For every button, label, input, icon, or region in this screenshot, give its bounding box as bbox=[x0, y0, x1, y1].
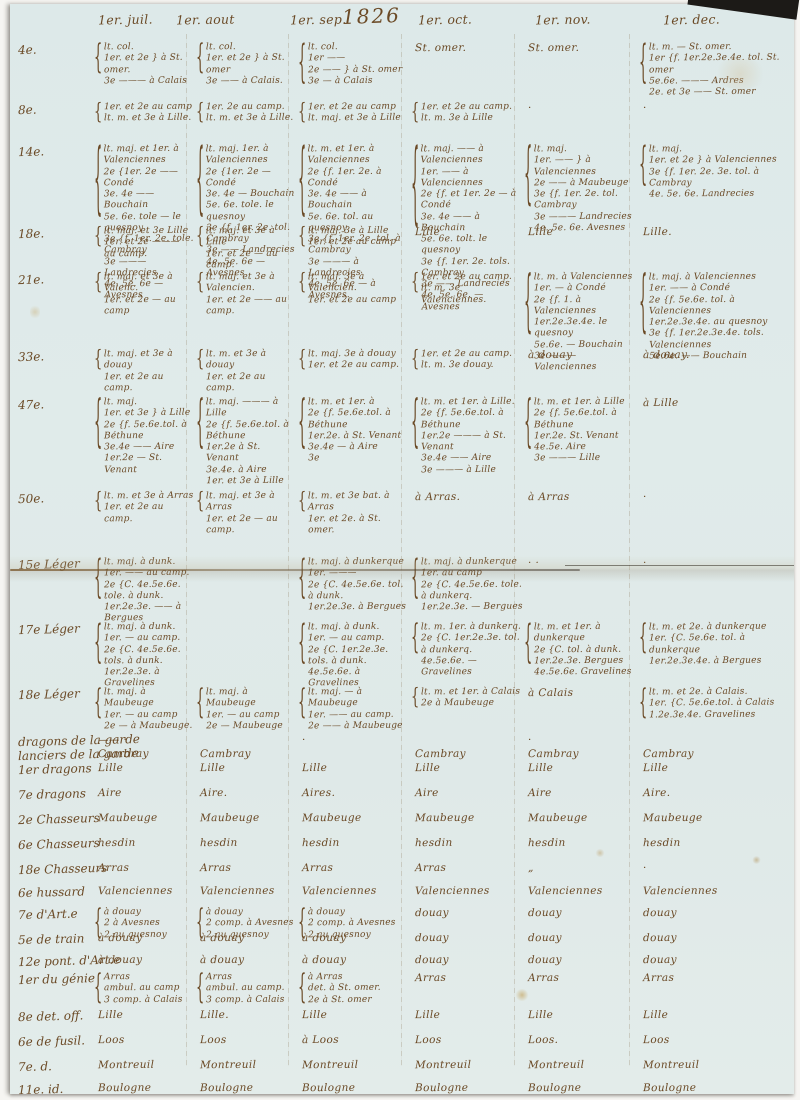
brace-glyph: { bbox=[639, 622, 647, 656]
garrison-cell-text: lt. maj. et 3e à Lille 1er. et 2e — au c… bbox=[206, 226, 296, 272]
brace-glyph: { bbox=[411, 272, 419, 294]
garrison-cell-text: lt. maj. et 3e Lille 1er. et 2e ——— au c… bbox=[104, 226, 194, 260]
garrison-cell: {lt. maj. à dunk. 1er. — au camp. 2e {C.… bbox=[94, 622, 194, 690]
brace-glyph: { bbox=[411, 102, 419, 124]
brace-glyph: { bbox=[94, 491, 102, 513]
garrison-cell-text: lt. maj. 1er. et 3e } à Lille 2e {f. 5e.… bbox=[104, 397, 194, 476]
garrison-cell: {Montreuil bbox=[639, 1059, 799, 1072]
garrison-cell: {Aire bbox=[411, 787, 523, 800]
garrison-cell: {Loos bbox=[639, 1034, 799, 1047]
garrison-cell: {Boulogne bbox=[411, 1082, 523, 1095]
garrison-cell: {Montreuil bbox=[298, 1059, 410, 1072]
garrison-cell: {Cambray bbox=[639, 748, 799, 761]
row-label: 47e. bbox=[18, 396, 104, 412]
garrison-cell: {1er. 2e au camp. lt. m. et 3e à Lille. bbox=[196, 102, 296, 125]
garrison-cell: {hesdin bbox=[94, 837, 194, 850]
garrison-cell-text: 1er. et 2e au camp. lt. m. 3e à Lille bbox=[421, 102, 512, 125]
garrison-cell-text: douay bbox=[528, 954, 562, 967]
garrison-cell: {hesdin bbox=[298, 837, 410, 850]
garrison-cell-text: St. omer. bbox=[415, 42, 466, 55]
garrison-cell-text: Maubeuge bbox=[302, 812, 362, 826]
garrison-cell-text: douay bbox=[528, 907, 562, 920]
garrison-cell: {Maubeuge bbox=[639, 812, 799, 825]
garrison-cell-text: à douay bbox=[200, 932, 244, 945]
column-rule bbox=[629, 34, 630, 1066]
brace-glyph: { bbox=[298, 272, 306, 294]
garrison-cell: {lt. maj. et 3e à Lille 1er. et 2e — au … bbox=[196, 226, 296, 271]
garrison-cell: {Lille bbox=[524, 1009, 638, 1022]
brace-glyph: { bbox=[298, 349, 306, 371]
brace-glyph: { bbox=[298, 622, 306, 667]
brace-glyph: { bbox=[524, 397, 532, 453]
garrison-cell-text: St. omer. bbox=[528, 42, 579, 55]
garrison-cell-text: 1er. et 2e au camp lt. maj. et 3e à Lill… bbox=[308, 102, 401, 125]
garrison-cell-text: Maubeuge bbox=[415, 812, 475, 826]
garrison-cell-text: lt. maj. 3e à Valencien. 1er. et 2e au c… bbox=[308, 272, 410, 306]
garrison-cell: {lt. maj. à Maubeuge 1er. — au camp 2e —… bbox=[94, 687, 194, 732]
garrison-cell: {lt. m. et 3e à Arras 1er. et 2e au camp… bbox=[94, 491, 194, 525]
brace-glyph: { bbox=[298, 491, 306, 513]
garrison-cell: {lt. maj. 1er. et 3e } à Lille 2e {f. 5e… bbox=[94, 397, 194, 476]
garrison-cell: {Valenciennes bbox=[94, 885, 194, 898]
garrison-cell-text: à douay bbox=[98, 932, 142, 945]
garrison-cell-text: à douay bbox=[302, 954, 346, 967]
garrison-cell: {douay bbox=[639, 932, 799, 945]
garrison-cell: {Aire. bbox=[196, 787, 296, 800]
garrison-cell: {lt. m. et 1er. à dunkerque 2e {C. tol. … bbox=[524, 622, 638, 678]
garrison-cell: {Arras bbox=[411, 972, 523, 985]
garrison-cell: {Valenciennes bbox=[639, 885, 799, 898]
garrison-cell: {à douay bbox=[196, 954, 296, 967]
garrison-cell: {Lille bbox=[411, 1009, 523, 1022]
garrison-cell: {1er. et 2e au camp lt. maj. et 3e à Lil… bbox=[298, 102, 410, 125]
garrison-cell-text: hesdin bbox=[98, 837, 136, 850]
garrison-cell: {lt. m. et 2e. à Calais. 1er. {C. 5e.6e.… bbox=[639, 687, 799, 721]
brace-glyph: { bbox=[524, 144, 532, 211]
brace-glyph: { bbox=[524, 272, 532, 339]
brace-glyph: { bbox=[196, 42, 204, 76]
garrison-cell: {lt. m. et 3e à douay 1er. et 2e au camp… bbox=[196, 349, 296, 394]
garrison-cell: {Lille bbox=[94, 1009, 194, 1022]
brace-glyph: { bbox=[94, 144, 102, 222]
garrison-cell-text: à douay bbox=[98, 954, 142, 967]
row-label: 6e Chasseurs bbox=[18, 836, 104, 852]
garrison-cell-text: lt. maj. à Maubeuge 1er. — au camp 2e — … bbox=[206, 687, 296, 733]
garrison-cell-text: lt. maj. et 3e à douay 1er. et 2e au cam… bbox=[104, 349, 194, 395]
garrison-cell-text: douay bbox=[415, 907, 449, 920]
garrison-cell-text: à Lille bbox=[643, 397, 679, 410]
row-label: 18e. bbox=[18, 225, 104, 241]
garrison-cell-text: Valenciennes bbox=[528, 885, 603, 899]
garrison-cell: {Arras bbox=[298, 862, 410, 875]
garrison-cell-text: douay bbox=[643, 954, 677, 967]
garrison-cell-text: Arras ambul. au camp 3 comp. à Calais bbox=[104, 972, 183, 1006]
brace-glyph: { bbox=[411, 687, 419, 709]
garrison-cell: {Arras bbox=[639, 972, 799, 985]
garrison-cell: {Maubeuge bbox=[94, 812, 194, 825]
garrison-cell: {lt. maj. 3e à douay 1er. et 2e au camp. bbox=[298, 349, 410, 372]
garrison-cell-text: Arras bbox=[415, 862, 446, 875]
garrison-cell: {hesdin bbox=[196, 837, 296, 850]
row-label: 50e. bbox=[18, 490, 104, 506]
garrison-cell: {· bbox=[524, 102, 638, 115]
fold-crease-line bbox=[10, 569, 580, 571]
garrison-cell-text: Cambray bbox=[200, 748, 251, 761]
garrison-cell: {à Arras bbox=[524, 491, 638, 504]
garrison-cell-text: lt. col. 1er. et 2e } à St. omer. 3e ———… bbox=[104, 42, 194, 88]
row-label: 8e det. off. bbox=[18, 1008, 104, 1024]
garrison-cell: {à douay. bbox=[639, 349, 799, 362]
brace-glyph: { bbox=[196, 972, 204, 1006]
garrison-cell-text: Lille bbox=[302, 762, 327, 775]
garrison-cell-text: lt. maj. 3e à douay 1er. et 2e au camp. bbox=[308, 349, 399, 372]
brace-glyph: { bbox=[94, 397, 102, 453]
garrison-cell-text: Cambray bbox=[528, 748, 579, 761]
garrison-cell: {lt. maj. à Maubeuge 1er. — au camp 2e —… bbox=[196, 687, 296, 732]
garrison-cell: {1er. et 2e au camp lt. m. et 3e à Lille… bbox=[94, 102, 194, 125]
garrison-cell-text: lt. maj. à dunk. 1er. — au camp. 2e {C. … bbox=[104, 622, 194, 690]
garrison-cell: {à douay bbox=[524, 349, 638, 362]
garrison-cell-text: lt. maj. ——— à Lille 2e {f. 5e.6e.tol. à… bbox=[206, 397, 296, 488]
garrison-cell: {· bbox=[639, 102, 799, 115]
garrison-cell: {Maubeuge bbox=[298, 812, 410, 825]
row-label: 18e Chasseurs bbox=[18, 861, 104, 877]
garrison-cell: {Aires. bbox=[298, 787, 410, 800]
garrison-cell-text: hesdin bbox=[200, 837, 238, 850]
brace-glyph: { bbox=[94, 272, 102, 294]
garrison-cell: {lt. m. et 2e. à dunkerque 1er. {C. 5e.6… bbox=[639, 622, 799, 667]
garrison-cell: {hesdin bbox=[524, 837, 638, 850]
row-label: 1er dragons bbox=[18, 761, 104, 777]
row-label: 11e. id. bbox=[18, 1081, 104, 1097]
garrison-cell: {hesdin bbox=[639, 837, 799, 850]
garrison-cell-text: lt. m. et 1er. à Lille. 2e {f. 5e.6e.tol… bbox=[421, 397, 523, 476]
garrison-cell-text: lt. maj. et 3e à Arras 1er. et 2e — au c… bbox=[206, 491, 296, 537]
garrison-cell: {Lille. bbox=[196, 1009, 296, 1022]
garrison-cell-text: lt. m. et 2e. à Calais. 1er. {C. 5e.6e.t… bbox=[649, 687, 775, 722]
garrison-cell-text: lt. maj. 1er. —— } à Valenciennes 2e —— … bbox=[534, 144, 638, 235]
garrison-cell: {à douay bbox=[94, 954, 194, 967]
garrison-cell: {Aire bbox=[94, 787, 194, 800]
garrison-cell: {à douay bbox=[94, 932, 194, 945]
garrison-cell-text: douay bbox=[643, 932, 677, 945]
garrison-cell: {lt. col. 1er —— 2e —— } à St. omer 3e —… bbox=[298, 42, 410, 87]
brace-glyph: { bbox=[298, 397, 306, 453]
garrison-cell-text: Lille bbox=[643, 762, 668, 775]
garrison-cell: {Aire. bbox=[639, 787, 799, 800]
garrison-cell: {à Arras det. à St. omer. 2e à St. omer bbox=[298, 972, 410, 1006]
garrison-cell: {douay bbox=[411, 907, 523, 920]
garrison-cell: {Aire bbox=[524, 787, 638, 800]
garrison-cell: {à douay bbox=[196, 932, 296, 945]
garrison-cell: {à Loos bbox=[298, 1034, 410, 1047]
garrison-cell: {Valenciennes bbox=[196, 885, 296, 898]
garrison-cell-text: douay bbox=[643, 907, 677, 920]
garrison-cell-text: hesdin bbox=[302, 837, 340, 850]
garrison-cell: {Boulogne bbox=[298, 1082, 410, 1095]
brace-glyph: { bbox=[94, 102, 102, 124]
garrison-cell: {lt. col. 1er. et 2e } à St. omer 3e —— … bbox=[196, 42, 296, 87]
garrison-cell: {Loos bbox=[94, 1034, 194, 1047]
garrison-cell-text: Lille bbox=[415, 1009, 440, 1022]
garrison-cell-text: Montreuil bbox=[643, 1059, 699, 1073]
garrison-cell-text: lt. m. et 3e bat. à Arras 1er. et 2e. à … bbox=[308, 491, 410, 537]
garrison-cell-text: · bbox=[643, 102, 647, 115]
column-rule bbox=[186, 34, 187, 1066]
garrison-cell: {Montreuil bbox=[411, 1059, 523, 1072]
garrison-cell-text: Montreuil bbox=[528, 1059, 584, 1073]
garrison-cell: {lt. maj. 3e à Lille 1er. et 2e au camp bbox=[298, 226, 410, 249]
brace-glyph: { bbox=[639, 42, 647, 87]
garrison-cell: {Boulogne bbox=[94, 1082, 194, 1095]
garrison-cell-text: Loos bbox=[415, 1034, 442, 1047]
garrison-cell-text: Valenciennes bbox=[415, 885, 490, 899]
brace-glyph: { bbox=[298, 226, 306, 248]
garrison-cell-text: Valenciennes bbox=[643, 885, 718, 899]
garrison-cell-text: Maubeuge bbox=[98, 812, 158, 826]
garrison-cell-text: à douay. bbox=[643, 349, 690, 362]
garrison-cell: {lt. m. et 1er. à Calais 2e à Maubeuge bbox=[411, 687, 523, 710]
garrison-cell: {Maubeuge bbox=[524, 812, 638, 825]
brace-glyph: { bbox=[298, 42, 306, 87]
garrison-cell: {Valenciennes bbox=[298, 885, 410, 898]
garrison-cell-text: lt. m. et 1er. à Lille 2e {f. 5e.6e.tol.… bbox=[534, 397, 638, 465]
brace-glyph: { bbox=[639, 687, 647, 721]
brace-glyph: { bbox=[196, 272, 204, 294]
garrison-cell: {Montreuil bbox=[94, 1059, 194, 1072]
brace-glyph: { bbox=[196, 349, 204, 371]
garrison-cell-text: Lille bbox=[415, 762, 440, 775]
brace-glyph: { bbox=[411, 622, 419, 656]
row-label: 6e de fusil. bbox=[18, 1033, 104, 1049]
garrison-cell: {Lille bbox=[298, 1009, 410, 1022]
garrison-cell: {1er. et 2e au camp. lt. m. 3e douay. bbox=[411, 349, 523, 372]
row-label: 12e pont. d'Art.e bbox=[18, 953, 104, 969]
garrison-cell-text: Cambray bbox=[98, 748, 149, 761]
garrison-cell: {Arras bbox=[94, 862, 194, 875]
brace-glyph: { bbox=[94, 972, 102, 1006]
garrison-cell: {· bbox=[639, 491, 799, 504]
garrison-cell-text: lt. m. et 1er. à 2e {f. 5e.6e.tol. à Bét… bbox=[308, 397, 410, 465]
garrison-cell-text: lt. m. et 1er. à Calais 2e à Maubeuge bbox=[421, 687, 520, 710]
garrison-cell: {Lille bbox=[639, 1009, 799, 1022]
garrison-cell-text: Lille bbox=[528, 762, 553, 775]
garrison-cell-text: à douay bbox=[528, 349, 572, 362]
garrison-cell-text: · bbox=[302, 734, 306, 747]
garrison-cell-text: à Arras bbox=[528, 491, 570, 504]
garrison-cell-text: lt. maj. à Maubeuge 1er. — au camp 2e — … bbox=[104, 687, 194, 733]
garrison-cell-text: Aire bbox=[98, 787, 122, 800]
garrison-cell-text: Arras bbox=[643, 972, 674, 985]
fold-crease-line-right bbox=[565, 565, 794, 566]
garrison-cell: {à douay bbox=[298, 932, 410, 945]
garrison-cell-text: lt. m. et 3e à Arras 1er. et 2e au camp. bbox=[104, 491, 194, 525]
garrison-cell: {Arras ambul. au camp 3 comp. à Calais bbox=[94, 972, 194, 1006]
garrison-cell: {Cambray bbox=[94, 748, 194, 761]
column-rule bbox=[401, 34, 402, 1066]
garrison-cell: {Loos bbox=[196, 1034, 296, 1047]
garrison-cell-text: lt. m. et 1er. à dunkerque 2e {C. tol. à… bbox=[534, 622, 638, 679]
garrison-cell: {lt. m. 1er. à dunkerq. 2e {C. 1er.2e.3e… bbox=[411, 622, 523, 678]
row-label: 17e Léger bbox=[18, 621, 104, 637]
row-label: 18e Léger bbox=[18, 686, 104, 702]
garrison-cell-text: Arras bbox=[528, 972, 559, 985]
garrison-cell-text: Boulogne bbox=[415, 1082, 468, 1095]
garrison-cell: {· bbox=[524, 734, 638, 747]
brace-glyph: { bbox=[196, 397, 204, 453]
garrison-cell-text: Loos bbox=[200, 1034, 227, 1047]
row-label: 21e. bbox=[18, 271, 104, 287]
garrison-cell-text: Loos. bbox=[528, 1034, 558, 1047]
garrison-cell: {Cambray bbox=[524, 748, 638, 761]
garrison-cell-text: Boulogne bbox=[302, 1082, 355, 1095]
garrison-cell-text: Montreuil bbox=[98, 1059, 154, 1073]
garrison-cell: {Arras ambul. au camp. 3 comp. à Calais bbox=[196, 972, 296, 1006]
garrison-cell-text: Maubeuge bbox=[643, 812, 703, 826]
garrison-cell-text: Valenciennes bbox=[98, 885, 173, 899]
garrison-cell-text: Boulogne bbox=[98, 1082, 151, 1095]
garrison-cell: {lt. maj. et 3e à douay 1er. et 2e au ca… bbox=[94, 349, 194, 394]
row-label: 6e hussard bbox=[18, 884, 104, 900]
garrison-cell-text: Lille. bbox=[643, 226, 672, 239]
brace-glyph: { bbox=[94, 226, 102, 248]
garrison-cell-text: Boulogne bbox=[200, 1082, 253, 1095]
garrison-cell-text: Arras bbox=[200, 862, 231, 875]
garrison-cell: {lt. maj. 3e à Valencien. 1er. et 2e au … bbox=[298, 272, 410, 306]
garrison-cell-text: 1er. et 2e au camp. lt. m. 3e douay. bbox=[421, 349, 512, 372]
garrison-cell: {douay bbox=[524, 954, 638, 967]
brace-glyph: { bbox=[94, 42, 102, 76]
garrison-cell-text: à Arras det. à St. omer. 2e à St. omer bbox=[308, 972, 381, 1006]
garrison-cell-text: Aire. bbox=[643, 787, 671, 800]
garrison-cell: {lt. m. et 1er. à Lille. 2e {f. 5e.6e.to… bbox=[411, 397, 523, 476]
garrison-cell: {Lille bbox=[196, 762, 296, 775]
garrison-cell: {lt. maj. et 3e à Valenc. 1er. et 2e — a… bbox=[94, 272, 194, 317]
garrison-cell: {lt. m. et 1er. à Lille 2e {f. 5e.6e.tol… bbox=[524, 397, 638, 465]
garrison-cell: {1er. et 2e au camp. lt. m. 3e Valencien… bbox=[411, 272, 523, 306]
garrison-cell-text: Cambray bbox=[415, 748, 466, 761]
garrison-cell-text: Lille. bbox=[200, 1009, 229, 1022]
garrison-cell-text: à douay bbox=[302, 932, 346, 945]
garrison-cell-text: · bbox=[528, 734, 532, 747]
garrison-cell-text: Lille bbox=[98, 1009, 123, 1022]
garrison-cell: {· bbox=[298, 734, 410, 747]
garrison-cell-text: lt. maj. — à Maubeuge 1er. —— au camp. 2… bbox=[308, 687, 410, 733]
garrison-cell-text: douay bbox=[415, 932, 449, 945]
garrison-cell-text: Arras ambul. au camp. 3 comp. à Calais bbox=[206, 972, 285, 1006]
garrison-cell-text: douay bbox=[528, 932, 562, 945]
garrison-cell-text: hesdin bbox=[643, 837, 681, 850]
brace-glyph: { bbox=[298, 687, 306, 721]
garrison-cell-text: Montreuil bbox=[302, 1059, 358, 1073]
row-label: 7e. d. bbox=[18, 1058, 104, 1074]
garrison-cell: {lt. m. et 1er. à 2e {f. 5e.6e.tol. à Bé… bbox=[298, 397, 410, 465]
garrison-cell: {Lille bbox=[524, 762, 638, 775]
garrison-cell: {lt. maj. et 3e à Arras 1er. et 2e — au … bbox=[196, 491, 296, 536]
row-label: 2e Chasseurs bbox=[18, 811, 104, 827]
garrison-cell: {Arras bbox=[524, 972, 638, 985]
garrison-cell: {Loos bbox=[411, 1034, 523, 1047]
garrison-cell-text: Aires. bbox=[302, 787, 335, 800]
garrison-cell: {Cambray bbox=[411, 748, 523, 761]
brace-glyph: { bbox=[639, 144, 647, 189]
garrison-cell: {douay bbox=[411, 932, 523, 945]
garrison-cell: {Lille bbox=[411, 226, 523, 239]
garrison-cell: {lt. maj. 1er. et 2e } à Valenciennes 3e… bbox=[639, 144, 799, 200]
garrison-cell-text: lt. maj. et 3e à Valenc. 1er. et 2e — au… bbox=[104, 272, 194, 318]
garrison-cell: {Montreuil bbox=[524, 1059, 638, 1072]
garrison-cell-text: lt. col. 1er —— 2e —— } à St. omer 3e — … bbox=[308, 42, 403, 88]
garrison-cell-text: Aire bbox=[528, 787, 552, 800]
garrison-cell-text: Montreuil bbox=[415, 1059, 471, 1073]
garrison-cell: {Boulogne bbox=[196, 1082, 296, 1095]
garrison-cell: {Boulogne bbox=[524, 1082, 638, 1095]
garrison-cell-text: „ bbox=[528, 862, 534, 875]
garrison-cell-text: Lille bbox=[302, 1009, 327, 1022]
garrison-cell-text: Cambray bbox=[643, 748, 694, 761]
brace-glyph: { bbox=[298, 972, 306, 1006]
garrison-cell-text: · bbox=[643, 491, 647, 504]
garrison-cell-text: lt. maj. à dunk. 1er. — au camp. 2e {C. … bbox=[308, 622, 410, 690]
garrison-cell: {lt. maj. et 3e Lille 1er. et 2e ——— au … bbox=[94, 226, 194, 260]
garrison-cell-text: Lille bbox=[98, 762, 123, 775]
garrison-cell: {lt. maj. 1er. —— } à Valenciennes 2e ——… bbox=[524, 144, 638, 234]
garrison-cell-text: lt. maj. 3e à Lille 1er. et 2e au camp bbox=[308, 226, 396, 249]
brace-glyph: { bbox=[411, 144, 419, 233]
column-rule bbox=[514, 34, 515, 1066]
row-label: 7e d'Art.e bbox=[18, 906, 104, 922]
garrison-cell: {Montreuil bbox=[196, 1059, 296, 1072]
brace-glyph: { bbox=[524, 622, 532, 667]
garrison-cell-text: lt. maj. 1er. et 2e } à Valenciennes 3e … bbox=[649, 143, 799, 200]
garrison-cell-text: Arras bbox=[98, 862, 129, 875]
brace-glyph: { bbox=[298, 102, 306, 124]
garrison-cell: {Loos. bbox=[524, 1034, 638, 1047]
garrison-cell-text: Loos bbox=[98, 1034, 125, 1047]
brace-glyph: { bbox=[94, 687, 102, 721]
garrison-cell: {douay bbox=[524, 907, 638, 920]
garrison-cell: {douay bbox=[639, 907, 799, 920]
garrison-cell-text: à Loos bbox=[302, 1034, 339, 1047]
brace-glyph: { bbox=[298, 144, 306, 222]
garrison-cell-text: lt. m. 1er. à dunkerq. 2e {C. 1er.2e.3e.… bbox=[421, 622, 523, 679]
garrison-cell: {Lille bbox=[94, 762, 194, 775]
brace-glyph: { bbox=[94, 622, 102, 667]
garrison-cell: {lt. maj. et 3e à Valencien. 1er. et 2e … bbox=[196, 272, 296, 317]
row-label: 4e. bbox=[18, 41, 104, 57]
garrison-cell-text: Arras bbox=[302, 862, 333, 875]
garrison-cell-text: Lille bbox=[415, 226, 440, 239]
row-label: 33e. bbox=[18, 348, 104, 364]
garrison-cell: {Arras bbox=[196, 862, 296, 875]
garrison-cell-text: Montreuil bbox=[200, 1059, 256, 1073]
garrison-cell-text: Lille bbox=[643, 1009, 668, 1022]
garrison-cell: {Cambray bbox=[196, 748, 296, 761]
brace-glyph: { bbox=[639, 272, 647, 339]
garrison-cell-text: lt. col. 1er. et 2e } à St. omer 3e —— à… bbox=[206, 42, 296, 88]
garrison-cell: {lt. m. — St. omer. 1er {f. 1er.2e.3e.4e… bbox=[639, 42, 799, 98]
garrison-cell-text: · bbox=[643, 862, 647, 875]
garrison-table: 4e.{lt. col. 1er. et 2e } à St. omer. 3e… bbox=[10, 4, 794, 1094]
garrison-cell-text: Maubeuge bbox=[200, 812, 260, 826]
garrison-cell: {1er. et 2e au camp. lt. m. 3e à Lille bbox=[411, 102, 523, 125]
row-label: 7e dragons bbox=[18, 786, 104, 802]
garrison-cell: {Lille bbox=[411, 762, 523, 775]
garrison-cell-text: Lille bbox=[200, 762, 225, 775]
garrison-cell-text: Valenciennes bbox=[200, 885, 275, 899]
garrison-cell-text: à Arras. bbox=[415, 491, 460, 504]
garrison-cell: {St. omer. bbox=[524, 42, 638, 55]
